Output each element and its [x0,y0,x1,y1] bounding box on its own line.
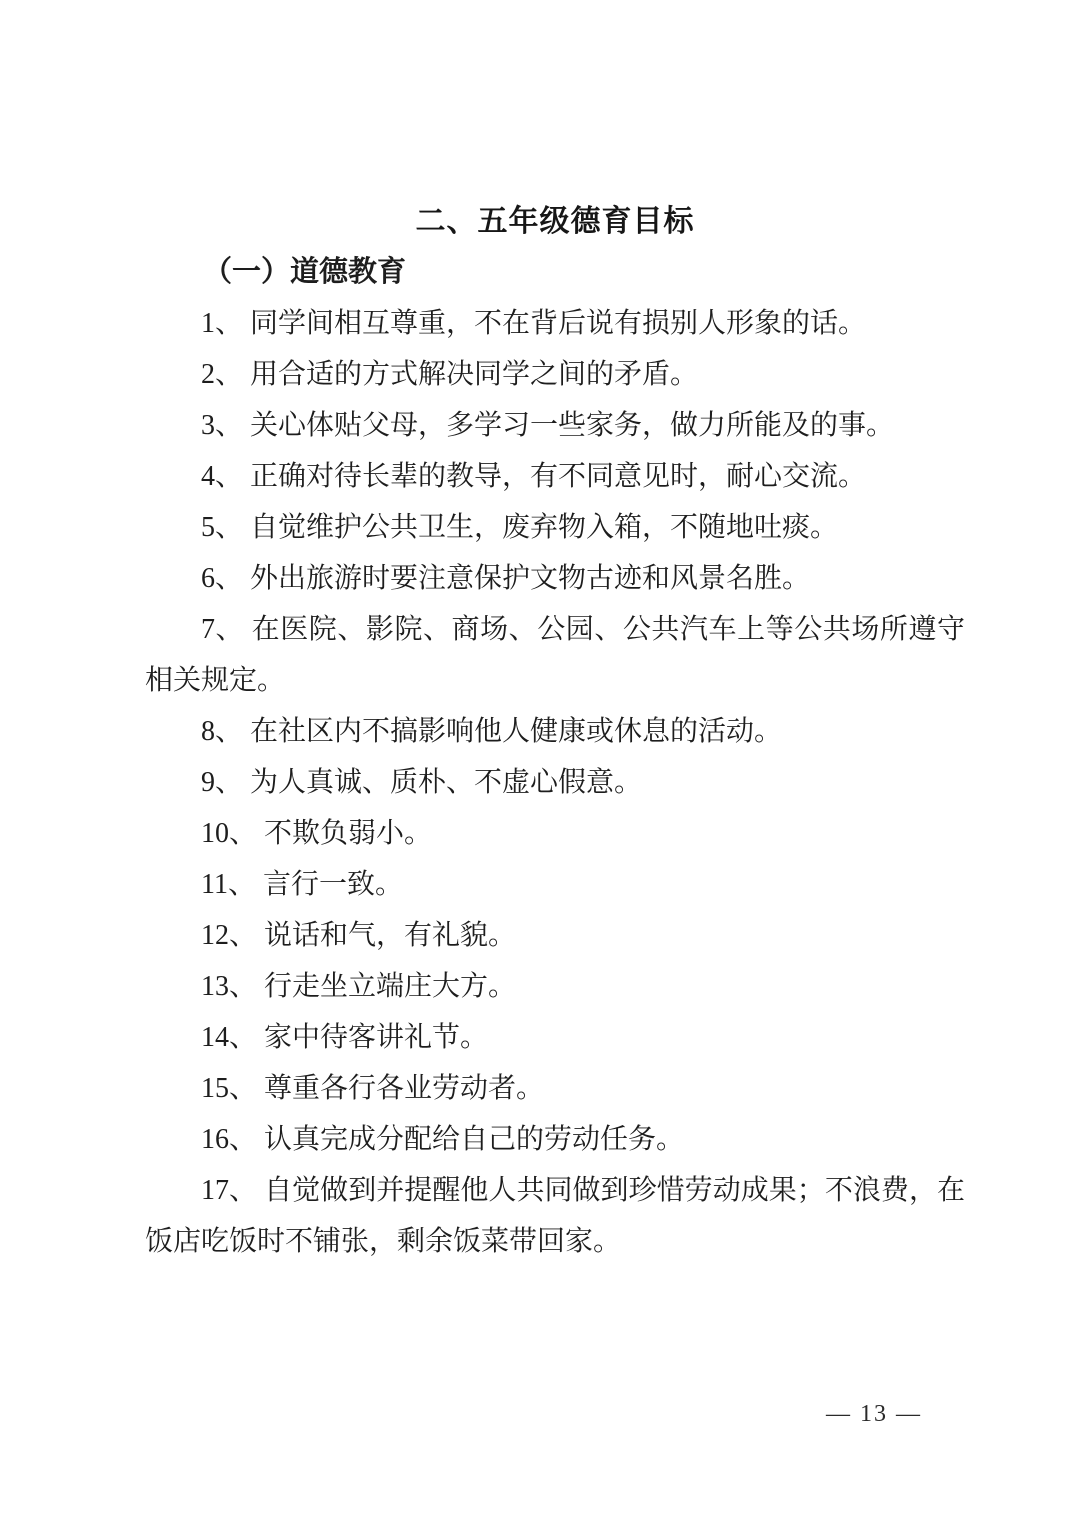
page-number: — 13 — [826,1398,922,1430]
list-item: 10、 不欺负弱小。 [145,808,965,859]
list-item: 6、 外出旅游时要注意保护文物古迹和风景名胜。 [145,553,965,604]
goal-list: 1、 同学间相互尊重，不在背后说有损别人形象的话。2、 用合适的方式解决同学之间… [145,298,965,1267]
list-item: 12、 说话和气，有礼貌。 [145,910,965,961]
list-item: 2、 用合适的方式解决同学之间的矛盾。 [145,349,965,400]
list-item: 9、 为人真诚、质朴、不虚心假意。 [145,757,965,808]
list-item: 15、 尊重各行各业劳动者。 [145,1063,965,1114]
list-item: 17、 自觉做到并提醒他人共同做到珍惜劳动成果；不浪费，在饭店吃饭时不铺张，剩余… [145,1165,965,1267]
list-item: 4、 正确对待长辈的教导，有不同意见时，耐心交流。 [145,451,965,502]
list-item: 13、 行走坐立端庄大方。 [145,961,965,1012]
list-item: 11、 言行一致。 [145,859,965,910]
document-page: 二、五年级德育目标 （一）道德教育 1、 同学间相互尊重，不在背后说有损别人形象… [0,0,1080,1527]
list-item: 5、 自觉维护公共卫生，废弃物入箱，不随地吐痰。 [145,502,965,553]
list-item: 3、 关心体贴父母，多学习一些家务，做力所能及的事。 [145,400,965,451]
document-content: 二、五年级德育目标 （一）道德教育 1、 同学间相互尊重，不在背后说有损别人形象… [145,196,965,1267]
list-item: 8、 在社区内不搞影响他人健康或休息的活动。 [145,706,965,757]
list-item: 14、 家中待客讲礼节。 [145,1012,965,1063]
section-heading: （一）道德教育 [145,247,965,298]
list-item: 16、 认真完成分配给自己的劳动任务。 [145,1114,965,1165]
list-item: 7、 在医院、影院、商场、公园、公共汽车上等公共场所遵守相关规定。 [145,604,965,706]
list-item: 1、 同学间相互尊重，不在背后说有损别人形象的话。 [145,298,965,349]
page-title: 二、五年级德育目标 [145,196,965,247]
